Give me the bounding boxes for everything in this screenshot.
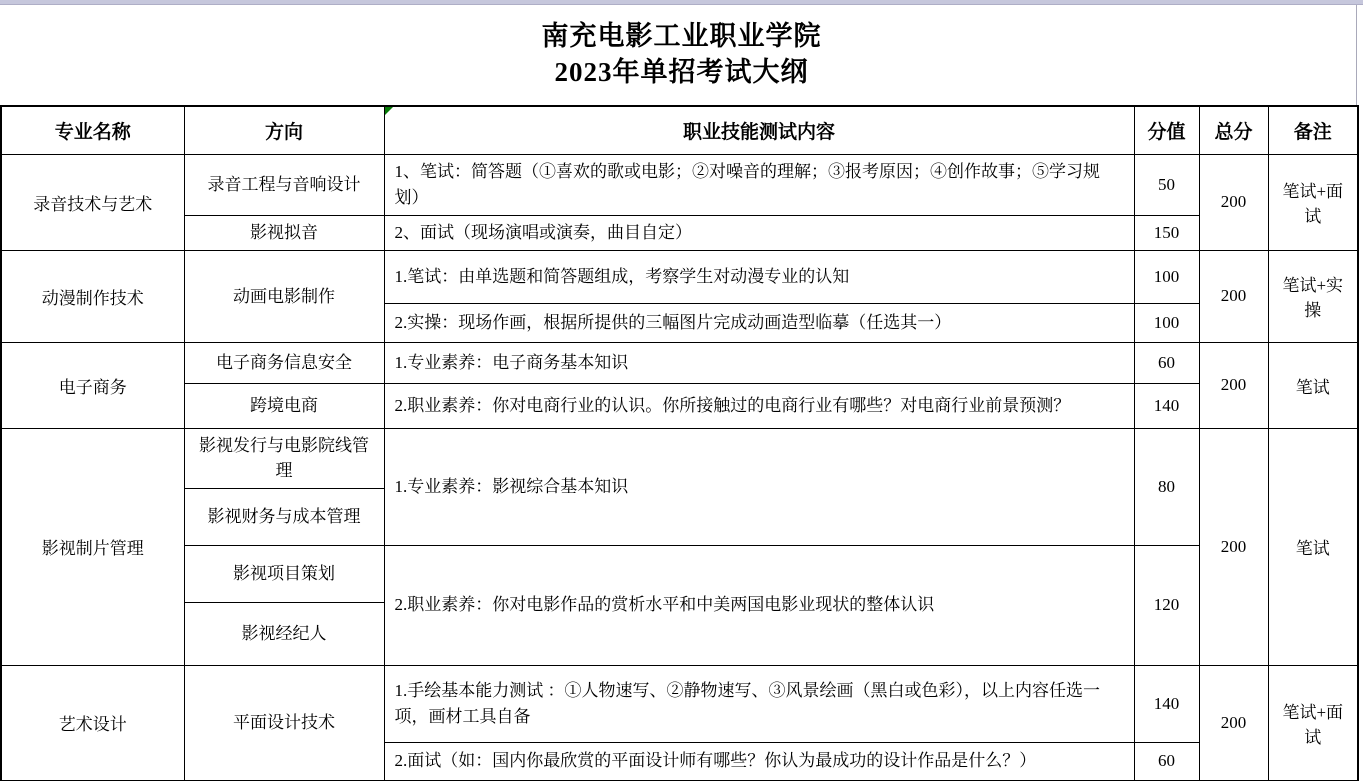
table-row: 跨境电商 2.职业素养：你对电商行业的认识。你所接触过的电商行业有哪些？对电商行…	[1, 383, 1358, 428]
test-content-cell: 2.职业素养：你对电商行业的认识。你所接触过的电商行业有哪些？对电商行业前景预测…	[384, 383, 1134, 428]
score-cell: 50	[1134, 154, 1199, 215]
direction-cell: 跨境电商	[184, 383, 384, 428]
score-cell: 100	[1134, 303, 1199, 342]
table-row: 动漫制作技术 动画电影制作 1.笔试：由单选题和简答题组成，考察学生对动漫专业的…	[1, 250, 1358, 303]
major-name-cell: 录音技术与艺术	[1, 154, 184, 250]
column-header-test-content: 职业技能测试内容	[384, 106, 1134, 154]
score-cell: 140	[1134, 665, 1199, 742]
remark-cell: 笔试+面试	[1268, 154, 1358, 250]
column-header-score: 分值	[1134, 106, 1199, 154]
table-row: 录音技术与艺术 录音工程与音响设计 1、笔试：简答题（①喜欢的歌或电影；②对噪音…	[1, 154, 1358, 215]
remark-cell: 笔试	[1268, 342, 1358, 428]
remark-cell: 笔试+实操	[1268, 250, 1358, 342]
total-cell: 200	[1199, 250, 1268, 342]
score-cell: 60	[1134, 342, 1199, 383]
test-content-cell: 1.笔试：由单选题和简答题组成，考察学生对动漫专业的认知	[384, 250, 1134, 303]
direction-cell: 录音工程与音响设计	[184, 154, 384, 215]
window-top-strip	[0, 0, 1363, 5]
total-cell: 200	[1199, 154, 1268, 250]
direction-cell: 影视项目策划	[184, 545, 384, 602]
total-cell: 200	[1199, 665, 1268, 780]
title-line-1: 南充电影工业职业学院	[0, 18, 1363, 54]
major-name-cell: 动漫制作技术	[1, 250, 184, 342]
score-cell: 80	[1134, 428, 1199, 545]
score-cell: 140	[1134, 383, 1199, 428]
score-cell: 60	[1134, 742, 1199, 780]
major-name-cell: 艺术设计	[1, 665, 184, 780]
column-header-major: 专业名称	[1, 106, 184, 154]
table-row: 艺术设计 平面设计技术 1.手绘基本能力测试 ：①人物速写、②静物速写、③风景绘…	[1, 665, 1358, 742]
score-cell: 150	[1134, 215, 1199, 250]
column-header-direction: 方向	[184, 106, 384, 154]
direction-cell: 影视财务与成本管理	[184, 488, 384, 545]
score-cell: 120	[1134, 545, 1199, 665]
table-row: 影视项目策划 2.职业素养：你对电影作品的赏析水平和中美两国电影业现状的整体认识…	[1, 545, 1358, 602]
table-row: 电子商务 电子商务信息安全 1.专业素养：电子商务基本知识 60 200 笔试	[1, 342, 1358, 383]
test-content-cell: 2、面试（现场演唱或演奏，曲目自定）	[384, 215, 1134, 250]
direction-cell: 影视发行与电影院线管理	[184, 428, 384, 488]
column-header-total: 总分	[1199, 106, 1268, 154]
test-content-cell: 1.专业素养：电子商务基本知识	[384, 342, 1134, 383]
cell-flag-triangle-icon	[385, 107, 393, 115]
test-content-cell: 1、笔试：简答题（①喜欢的歌或电影；②对噪音的理解；③报考原因；④创作故事；⑤学…	[384, 154, 1134, 215]
score-cell: 100	[1134, 250, 1199, 303]
direction-cell: 影视经纪人	[184, 602, 384, 665]
remark-cell: 笔试	[1268, 428, 1358, 665]
table-header-row: 专业名称 方向 职业技能测试内容 分值 总分 备注	[1, 106, 1358, 154]
table-row: 影视拟音 2、面试（现场演唱或演奏，曲目自定） 150	[1, 215, 1358, 250]
test-content-cell: 2.面试（如：国内你最欣赏的平面设计师有哪些？你认为最成功的设计作品是什么？）	[384, 742, 1134, 780]
test-content-cell: 2.职业素养：你对电影作品的赏析水平和中美两国电影业现状的整体认识	[384, 545, 1134, 665]
test-content-cell: 1.专业素养：影视综合基本知识	[384, 428, 1134, 545]
major-name-cell: 电子商务	[1, 342, 184, 428]
test-content-cell: 2.实操：现场作画，根据所提供的三幅图片完成动画造型临摹（任选其一）	[384, 303, 1134, 342]
direction-cell: 电子商务信息安全	[184, 342, 384, 383]
document-page: 南充电影工业职业学院 2023年单招考试大纲 专业名称 方向 职业技能测试内容 …	[0, 0, 1363, 781]
table-row: 影视制片管理 影视发行与电影院线管理 1.专业素养：影视综合基本知识 80 20…	[1, 428, 1358, 488]
exam-outline-table: 专业名称 方向 职业技能测试内容 分值 总分 备注 录音技术与艺术 录音工程与音…	[0, 105, 1359, 781]
direction-cell: 平面设计技术	[184, 665, 384, 780]
column-header-remark: 备注	[1268, 106, 1358, 154]
title-line-2: 2023年单招考试大纲	[0, 54, 1363, 90]
total-cell: 200	[1199, 428, 1268, 665]
direction-cell: 动画电影制作	[184, 250, 384, 342]
test-content-cell: 1.手绘基本能力测试 ：①人物速写、②静物速写、③风景绘画（黑白或色彩），以上内…	[384, 665, 1134, 742]
major-name-cell: 影视制片管理	[1, 428, 184, 665]
column-header-test-content-label: 职业技能测试内容	[683, 122, 835, 143]
total-cell: 200	[1199, 342, 1268, 428]
direction-cell: 影视拟音	[184, 215, 384, 250]
remark-cell: 笔试+面试	[1268, 665, 1358, 780]
document-title: 南充电影工业职业学院 2023年单招考试大纲	[0, 18, 1363, 90]
